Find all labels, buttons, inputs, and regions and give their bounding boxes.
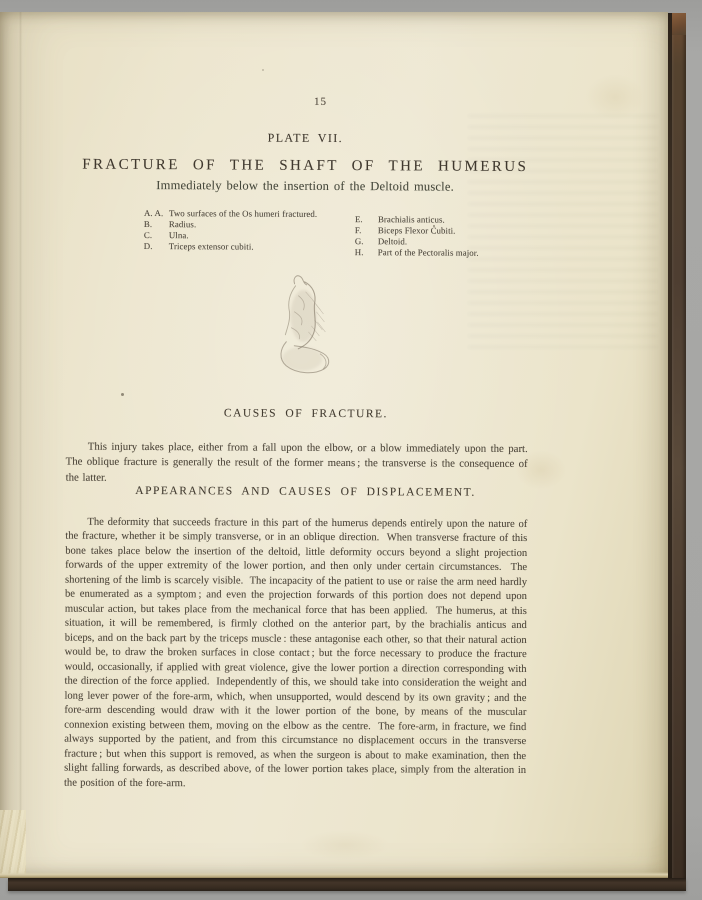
section-heading-causes: CAUSES OF FRACTURE. [75,407,537,421]
book-cover-spine [672,13,686,887]
book-page: 15 PLATE VII. FRACTURE OF THE SHAFT OF T… [0,12,668,878]
legend-label: Deltoid. [378,236,407,247]
legend-item: E. Brachialis anticus. [355,214,479,226]
legend-label: Radius. [169,219,196,230]
legend-label: Ulna. [169,230,189,241]
legend-key: A. A. [144,208,169,219]
legend-label: Part of the Pectoralis major. [378,247,479,259]
legend-key: D. [144,241,169,252]
section-paragraph-appearances: The deformity that succeeds fracture in … [64,515,527,793]
figure-legend-right-column: E. Brachialis anticus. F. Biceps Flexor … [355,214,479,259]
legend-key: G. [355,236,378,247]
legend-key: C. [144,230,169,241]
book-cover-bottom-edge [8,878,686,891]
legend-key: B. [144,219,169,230]
page-bottom-edge [0,872,668,878]
legend-label: Two surfaces of the Os humeri fractured. [169,208,317,220]
legend-item: B. Radius. [144,219,317,231]
legend-key: E. [355,214,378,225]
page-title: FRACTURE OF THE SHAFT OF THE HUMERUS [0,156,639,176]
anatomical-sketch-figure [270,270,351,385]
printed-content: 15 PLATE VII. FRACTURE OF THE SHAFT OF T… [0,10,670,879]
legend-label: Triceps extensor cubiti. [169,241,254,252]
legend-item: F. Biceps Flexor Cubiti. [355,225,479,237]
legend-item: G. Deltoid. [355,236,479,248]
worn-cover-corner [672,13,686,35]
legend-item: D. Triceps extensor cubiti. [144,241,317,253]
plate-header: PLATE VII. FRACTURE OF THE SHAFT OF THE … [0,129,639,195]
legend-label: Brachialis anticus. [378,214,445,225]
section-paragraph-causes: This injury takes place, either from a f… [66,439,528,488]
section-heading-appearances: APPEARANCES AND CAUSES OF DISPLACEMENT. [74,485,536,499]
legend-item: H. Part of the Pectoralis major. [355,247,479,259]
legend-key: H. [355,247,378,258]
page-number: 15 [0,94,655,109]
legend-item: C. Ulna. [144,230,317,242]
legend-key: F. [355,225,378,236]
page-subtitle: Immediately below the insertion of the D… [0,177,639,195]
figure-legend-left-column: A. A. Two surfaces of the Os humeri frac… [144,208,317,253]
book-scan-photo: 15 PLATE VII. FRACTURE OF THE SHAFT OF T… [0,0,702,900]
legend-item: A. A. Two surfaces of the Os humeri frac… [144,208,317,220]
legend-label: Biceps Flexor Cubiti. [378,225,456,236]
plate-heading: PLATE VII. [0,129,639,147]
